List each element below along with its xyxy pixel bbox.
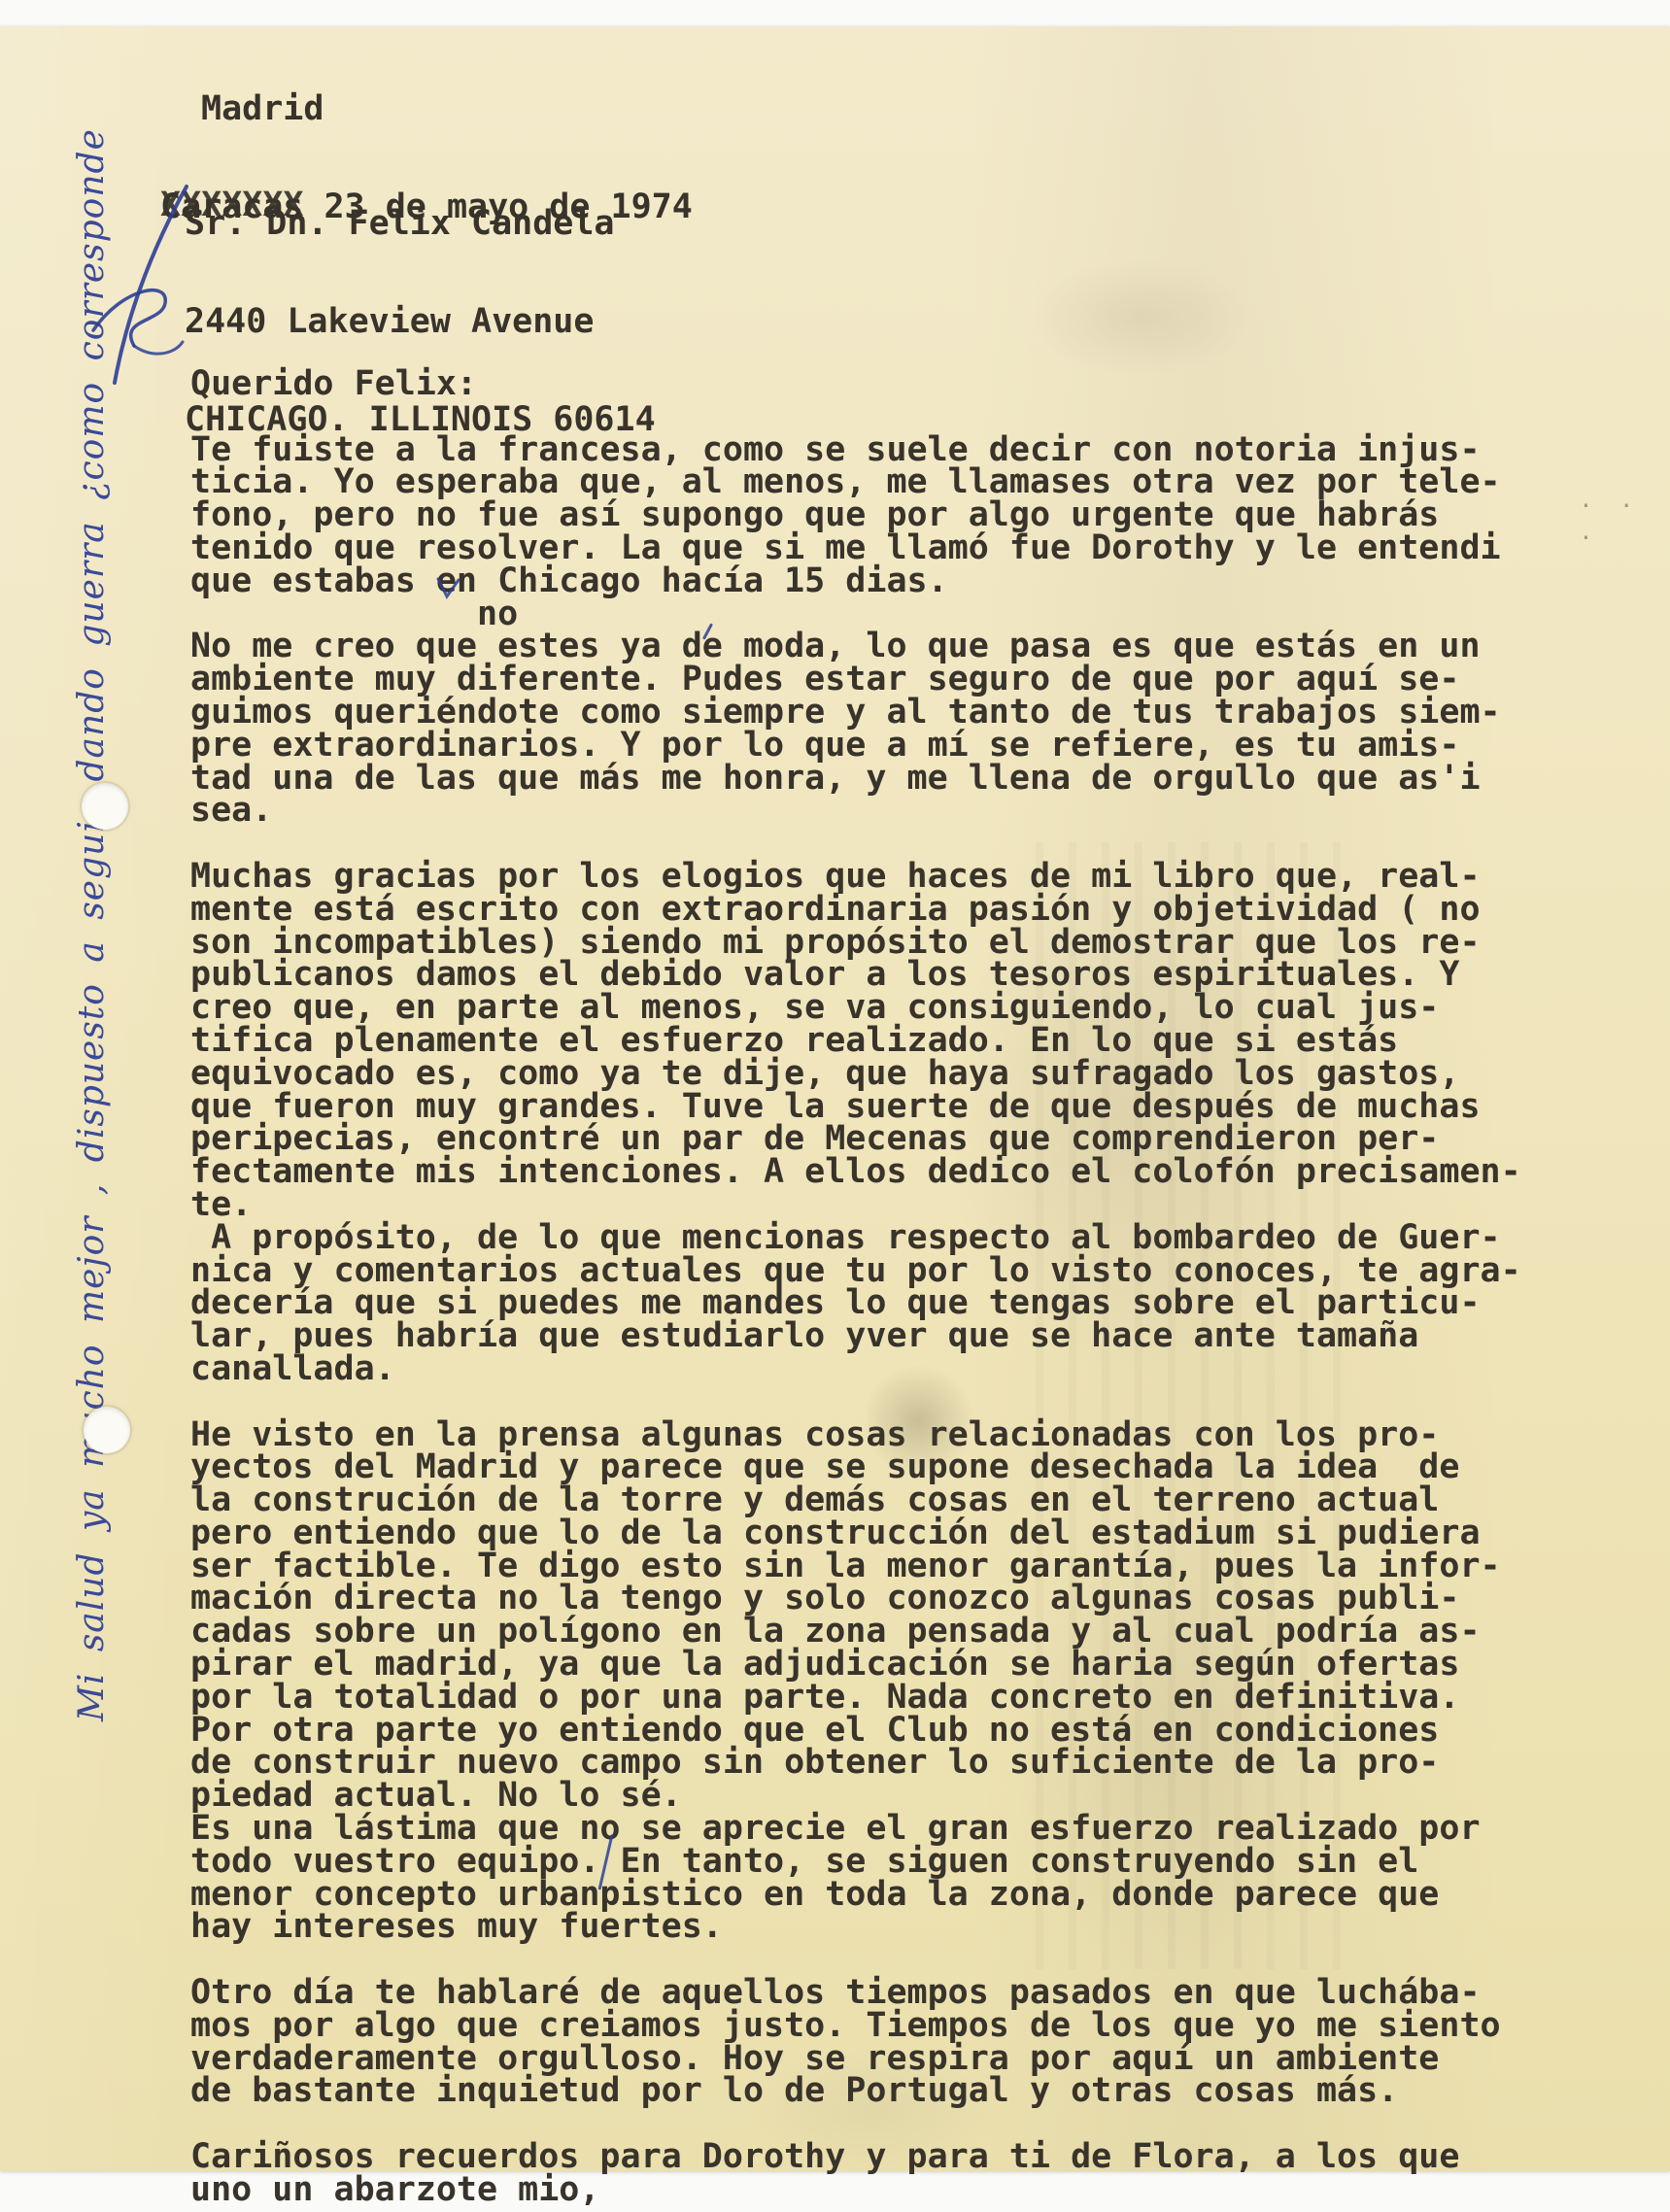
city-line: Madrid xyxy=(201,93,693,126)
recipient-street: 2440 Lakeview Avenue xyxy=(185,306,656,339)
pen-caret-mark xyxy=(435,577,462,600)
recipient-name: Sr. Dn. Felix Candela xyxy=(185,208,656,241)
punch-hole xyxy=(84,1407,130,1453)
paper-stain xyxy=(1030,259,1253,376)
pen-flourish xyxy=(85,183,202,391)
punch-hole xyxy=(82,783,128,830)
handwritten-margin-note: Mi salud ya mucho mejor , dispuesto a se… xyxy=(72,208,112,1721)
edge-dots: · · · xyxy=(1582,490,1670,554)
letter-body: Querido Felix: Te fuiste a la francesa, … xyxy=(190,368,1521,2207)
